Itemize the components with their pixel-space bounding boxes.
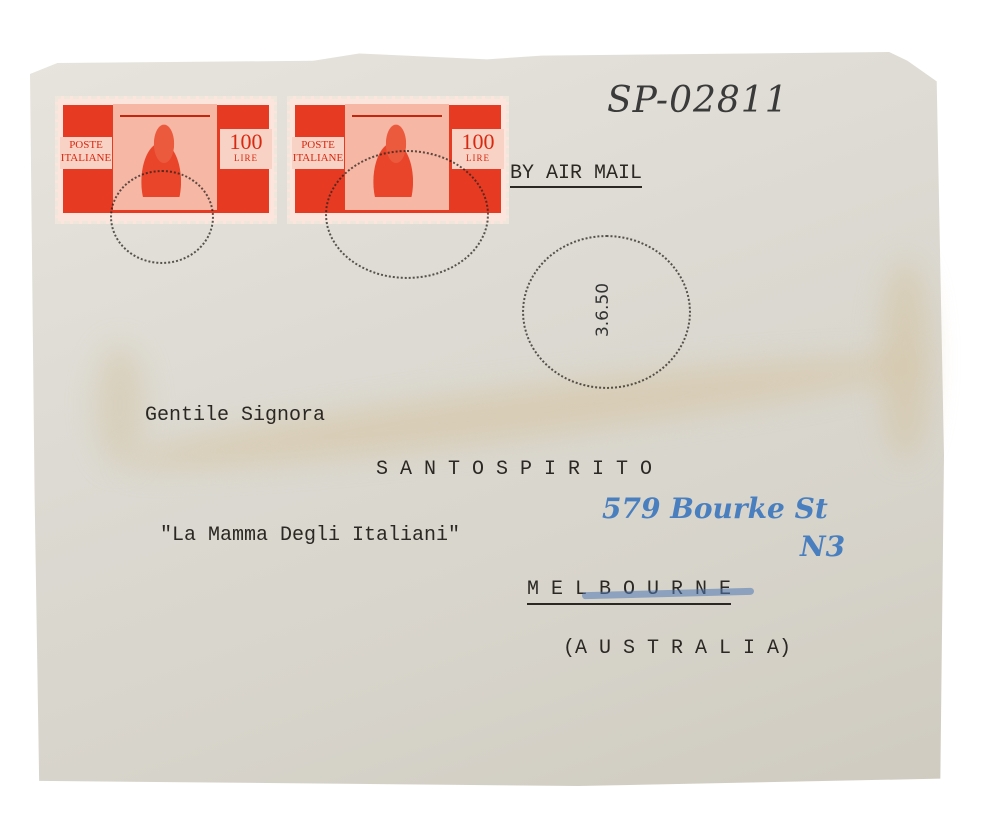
handwritten-postcode: N3 xyxy=(800,530,845,563)
handwritten-street: 579 Bourke St xyxy=(602,492,828,525)
stamp-value-box: 100 LIRE xyxy=(220,129,272,169)
postmark-date: 3.6.50 xyxy=(593,283,613,337)
stamp-country: POSTE ITALIANE xyxy=(60,137,112,169)
postmark-cancel xyxy=(325,150,489,279)
recipient-name: S A N T O S P I R I T O xyxy=(376,458,652,481)
postmark-cancel xyxy=(110,170,214,264)
stamp-currency: LIRE xyxy=(220,153,272,163)
water-stain xyxy=(95,345,145,465)
airmail-label: BY AIR MAIL xyxy=(510,162,642,188)
stamp-currency: LIRE xyxy=(452,153,504,163)
stamp-value: 100 xyxy=(452,129,504,153)
stamp-value: 100 xyxy=(220,129,272,153)
reference-number: SP-02811 xyxy=(607,80,789,121)
stamp-value-box: 100 LIRE xyxy=(452,129,504,169)
salutation: Gentile Signora xyxy=(145,404,325,427)
recipient-nickname: "La Mamma Degli Italiani" xyxy=(160,524,460,547)
scales-icon xyxy=(352,115,442,117)
water-stain xyxy=(880,260,930,460)
stamp-country: POSTE ITALIANE xyxy=(292,137,344,169)
scales-icon xyxy=(120,115,210,117)
country: (A U S T R A L I A) xyxy=(563,637,791,660)
